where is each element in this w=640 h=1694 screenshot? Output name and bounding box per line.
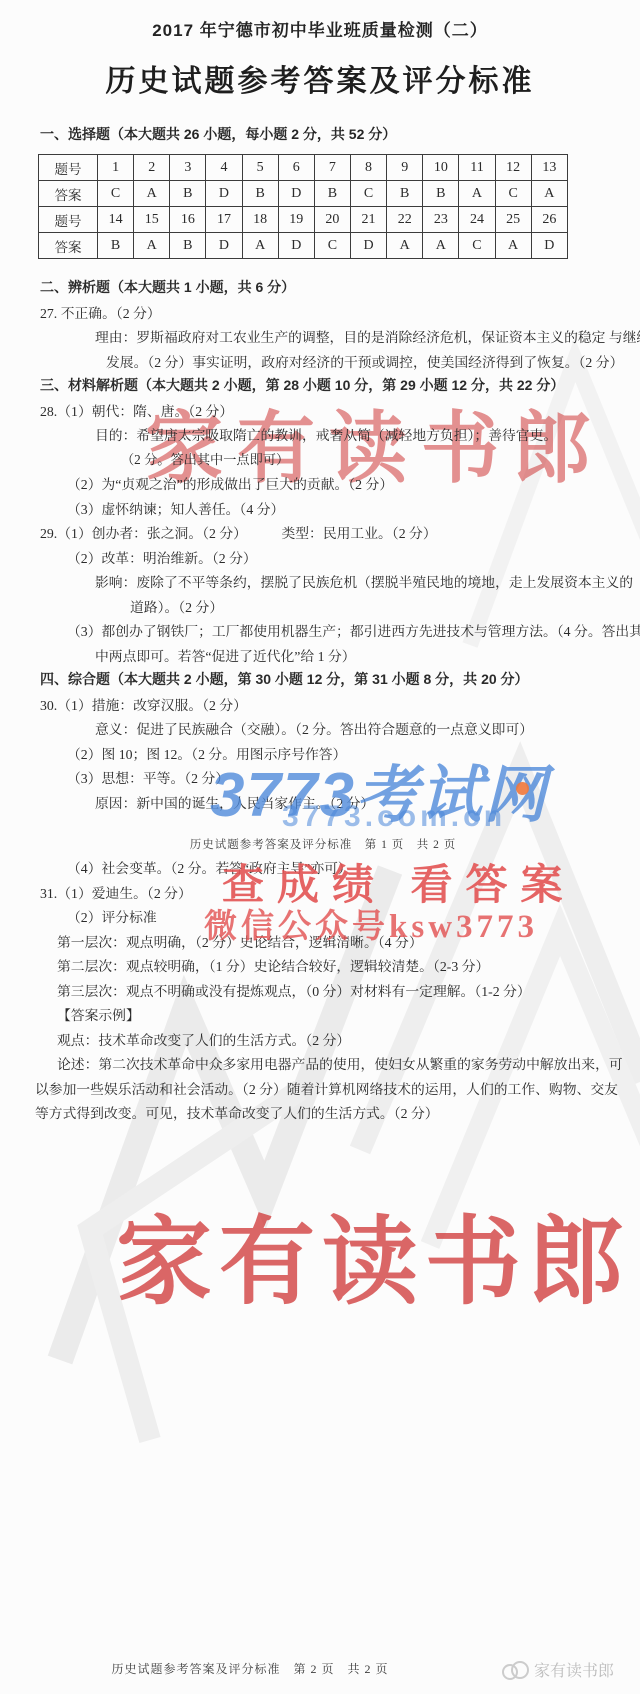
answer-text-line: （4）社会变革。（2 分。若答“政府主导”亦可）: [67, 855, 606, 880]
answer-cell: C: [350, 181, 386, 207]
corner-brand-logo-icon: [502, 1660, 528, 1680]
answer-cell: D: [350, 233, 386, 259]
watermark-red-banner-big: 家有读书郎: [116, 1186, 631, 1323]
answer-cell: D: [206, 181, 242, 207]
answer-text-line: 目的：希望唐太宗吸取隋亡的教训，戒奢从简（减轻地方负担）；善待官吏。: [95, 422, 606, 447]
question-number-cell: 6: [278, 155, 314, 181]
question-number-cell: 18: [242, 207, 278, 233]
section-1-heading: 一、选择题（本大题共 26 小题，每小题 2 分，共 52 分）: [40, 124, 640, 144]
answer-text-line: 等方式得到改变。可见，技术革命改变了人们的生活方式。（2 分）: [35, 1100, 606, 1125]
answer-table-row: 题号14151617181920212223242526: [39, 207, 568, 233]
question-number-cell: 19: [278, 207, 314, 233]
answer-text-line: 发展。（2 分）事实证明，政府对经济的干预或调控，使美国经济得到了恢复。（2 分…: [106, 349, 606, 374]
answer-text-line: 中两点即可。若答“促进了近代化”给 1 分）: [95, 643, 606, 668]
answer-cell: A: [495, 233, 531, 259]
answer-text-line: 以参加一些娱乐活动和社会活动。（2 分）随着计算机网络技术的运用，人们的工作、购…: [35, 1076, 606, 1101]
question-number-cell: 9: [387, 155, 423, 181]
section-heading-line: 四、综合题（本大题共 2 小题，第 30 小题 12 分，第 31 小题 8 分…: [40, 667, 606, 692]
answer-cell: C: [98, 181, 134, 207]
row-label-cell: 题号: [39, 207, 98, 233]
answer-table-row: 答案CABDBDBCBBACA: [39, 181, 568, 207]
answer-text-line: 31.（1）爱迪生。（2 分）: [40, 880, 606, 905]
answer-cell: B: [98, 233, 134, 259]
answer-text-line: （3）都创办了钢铁厂；工厂都使用机器生产；都引进西方先进技术与管理方法。（4 分…: [67, 618, 606, 643]
question-number-cell: 1: [98, 155, 134, 181]
answer-text-line: （2 分。答出其中一点即可）: [121, 447, 606, 472]
answer-text-line: 30.（1）措施：改穿汉服。（2 分）: [40, 692, 606, 717]
answer-text-line: 理由：罗斯福政府对工农业生产的调整，目的是消除经济危机，保证资本主义的稳定 与继…: [95, 324, 606, 349]
answer-table-row: 答案BABDADCDAACAD: [39, 233, 568, 259]
answer-cell: A: [387, 233, 423, 259]
answer-text-line: 论述：第二次技术革命中众多家用电器产品的使用，使妇女从繁重的家务劳动中解放出来，…: [57, 1051, 606, 1076]
answer-cell: B: [387, 181, 423, 207]
answer-cell: B: [423, 181, 459, 207]
answer-text-line: 观点：技术革命改变了人们的生活方式。（2 分）: [57, 1027, 606, 1052]
question-number-cell: 20: [314, 207, 350, 233]
answer-text-line: 【答案示例】: [57, 1002, 606, 1027]
section-heading-line: 三、材料解析题（本大题共 2 小题，第 28 小题 10 分，第 29 小题 1…: [40, 373, 606, 398]
answer-text-line: （2）改革：明治维新。（2 分）: [67, 545, 606, 570]
question-number-cell: 21: [350, 207, 386, 233]
answer-cell: B: [242, 181, 278, 207]
question-number-cell: 24: [459, 207, 495, 233]
page-title: 历史试题参考答案及评分标准: [0, 56, 640, 100]
answer-cell: B: [170, 181, 206, 207]
question-number-cell: 22: [387, 207, 423, 233]
answer-cell: C: [495, 181, 531, 207]
answer-cell: D: [531, 233, 567, 259]
answer-text-line: 27. 不正确。（2 分）: [40, 300, 606, 325]
body-lines: 二、辨析题（本大题共 1 小题，共 6 分）27. 不正确。（2 分）理由：罗斯…: [40, 275, 606, 1125]
answer-cell: A: [459, 181, 495, 207]
answer-cell: B: [170, 233, 206, 259]
exam-title: 2017 年宁德市初中毕业班质量检测（二）: [0, 16, 640, 41]
question-number-cell: 8: [350, 155, 386, 181]
answer-table: 题号12345678910111213答案CABDBDBCBBACA题号1415…: [38, 154, 568, 259]
answer-cell: C: [459, 233, 495, 259]
row-label-cell: 答案: [39, 233, 98, 259]
question-number-cell: 2: [134, 155, 170, 181]
answer-cell: A: [242, 233, 278, 259]
answer-text-line: （2）图 10；图 12。（2 分。用图示序号作答）: [67, 741, 606, 766]
answer-text-line: 29.（1）创办者：张之洞。（2 分） 类型：民用工业。（2 分）: [40, 520, 606, 545]
section-heading-line: 二、辨析题（本大题共 1 小题，共 6 分）: [40, 275, 606, 300]
row-label-cell: 答案: [39, 181, 98, 207]
question-number-cell: 25: [495, 207, 531, 233]
question-number-cell: 14: [98, 207, 134, 233]
answer-cell: A: [134, 181, 170, 207]
answer-text-line: 28.（1）朝代：隋、唐。（2 分）: [40, 398, 606, 423]
question-number-cell: 12: [495, 155, 531, 181]
answer-text-line: （3）思想：平等。（2 分）: [67, 765, 606, 790]
question-number-cell: 11: [459, 155, 495, 181]
answer-cell: B: [314, 181, 350, 207]
question-number-cell: 23: [423, 207, 459, 233]
question-number-cell: 13: [531, 155, 567, 181]
answer-text-line: 第三层次：观点不明确或没有提炼观点，（0 分）对材料有一定理解。（1-2 分）: [57, 978, 606, 1003]
corner-brand-label: 家有读书郎: [534, 1658, 614, 1681]
question-number-cell: 3: [170, 155, 206, 181]
answer-cell: D: [278, 233, 314, 259]
question-number-cell: 26: [531, 207, 567, 233]
answer-cell: A: [423, 233, 459, 259]
answer-cell: D: [278, 181, 314, 207]
corner-brand: 家有读书郎: [502, 1658, 614, 1681]
answer-text-line: 意义：促进了民族融合（交融）。（2 分。答出符合题意的一点意义即可）: [95, 716, 606, 741]
question-number-cell: 5: [242, 155, 278, 181]
answer-cell: A: [531, 181, 567, 207]
answer-cell: C: [314, 233, 350, 259]
answer-cell: A: [134, 233, 170, 259]
page-1-footer: 历史试题参考答案及评分标准 第 1 页 共 2 页: [40, 814, 606, 855]
question-number-cell: 10: [423, 155, 459, 181]
answer-text-line: （3）虚怀纳谏；知人善任。（4 分）: [67, 496, 606, 521]
document-page: 家有读书郎 家有读书郎 3773考试网 3773.com.cn 查成绩 看答案 …: [0, 0, 640, 1694]
answer-text-line: 原因：新中国的诞生，人民当家作主。（2 分）: [95, 790, 606, 815]
answer-cell: D: [206, 233, 242, 259]
question-number-cell: 15: [134, 207, 170, 233]
answer-text-line: 第二层次：观点较明确，（1 分）史论结合较好，逻辑较清楚。（2-3 分）: [57, 953, 606, 978]
answer-text-line: （2）评分标准: [67, 904, 606, 929]
question-number-cell: 4: [206, 155, 242, 181]
answer-text-line: 第一层次：观点明确，（2 分）史论结合，逻辑清晰。（4 分）: [57, 929, 606, 954]
answer-text-line: 影响：废除了不平等条约，摆脱了民族危机（摆脱半殖民地的境地，走上发展资本主义的: [95, 569, 606, 594]
question-number-cell: 16: [170, 207, 206, 233]
answer-text-line: 道路）。（2 分）: [130, 594, 606, 619]
answer-table-body: 题号12345678910111213答案CABDBDBCBBACA题号1415…: [39, 155, 568, 259]
answer-text-line: （2）为“贞观之治”的形成做出了巨大的贡献。（2 分）: [67, 471, 606, 496]
page-2-footer: 历史试题参考答案及评分标准 第 2 页 共 2 页: [0, 1660, 500, 1677]
question-number-cell: 7: [314, 155, 350, 181]
question-number-cell: 17: [206, 207, 242, 233]
row-label-cell: 题号: [39, 155, 98, 181]
answer-table-row: 题号12345678910111213: [39, 155, 568, 181]
